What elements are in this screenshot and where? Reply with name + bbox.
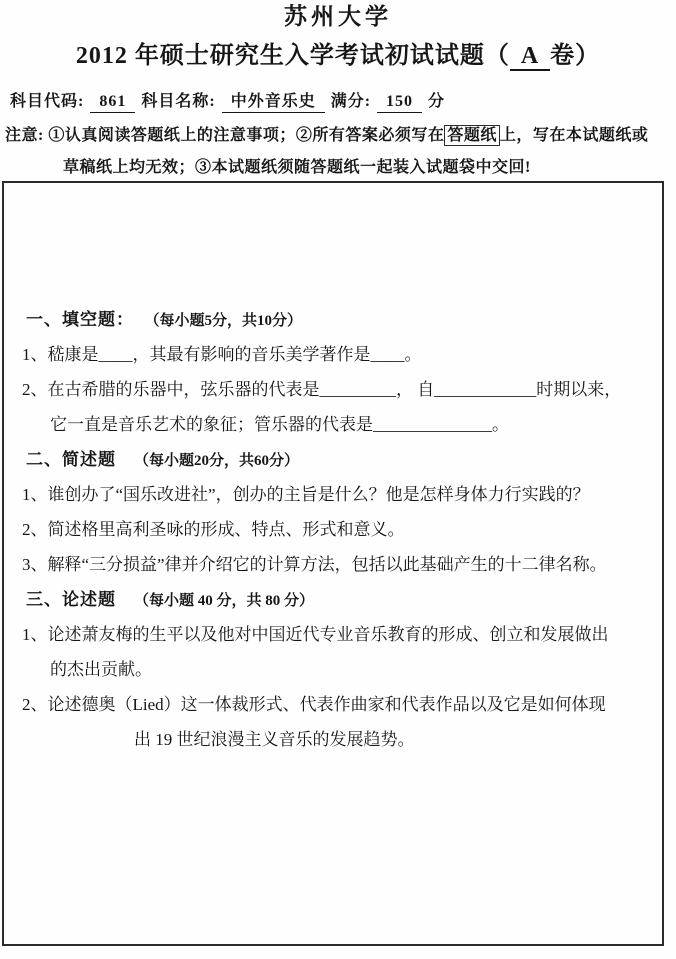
paren-close: 卷）: [550, 43, 600, 69]
notice-segment-2: 上，写在本试题纸或: [500, 127, 649, 144]
section-heading-fill-in-blanks: 一、填空题：（每小题5分，共10分）: [26, 302, 650, 337]
question-text: 1、论述萧友梅的生平以及他对中国近代专业音乐教育的形成、创立和发展做出: [22, 625, 609, 644]
question-text: 2、简述格里高利圣咏的形成、特点、形式和意义。: [22, 520, 405, 539]
question-line: 3、解释“三分损益”律并介绍它的计算方法，包括以此基础产生的十二律名称。: [22, 547, 650, 582]
section-heading-short-answer: 二、简述题（每小题20分，共60分）: [26, 442, 650, 477]
section-heading-text: 三、论述题: [26, 590, 116, 609]
notice-label: 注意:: [5, 127, 48, 144]
question-line: 1、嵇康是____，其最有影响的音乐美学著作是____。: [22, 337, 650, 372]
question-continuation-line: 出 19 世纪浪漫主义音乐的发展趋势。: [134, 722, 650, 757]
question-line: 1、谁创办了“国乐改进社”，创办的主旨是什么？他是怎样身体力行实践的？: [22, 477, 650, 512]
subject-meta-line: 科目代码:861科目名称:中外音乐史满分:150分: [10, 92, 676, 113]
section-heading-text: 一、填空题：: [26, 310, 134, 329]
full-score-label: 满分:: [331, 93, 371, 110]
question-line: 2、论述德奥（Lied）这一体裁形式、代表作曲家和代表作品以及它是如何体现: [22, 687, 650, 722]
boxed-answer-sheet-word: 答题纸: [444, 125, 500, 146]
notice-line-1: 注意: ①认真阅读答题纸上的注意事项；②所有答案必须写在答题纸上，写在本试题纸或: [5, 125, 676, 147]
subject-name-label: 科目名称:: [141, 93, 215, 110]
question-text: 出 19 世纪浪漫主义音乐的发展趋势。: [134, 730, 415, 749]
section-heading-essay: 三、论述题（每小题 40 分，共 80 分）: [26, 582, 650, 617]
question-text: 1、谁创办了“国乐改进社”，创办的主旨是什么？他是怎样身体力行实践的？: [22, 485, 590, 504]
question-text: 的杰出贡献。: [50, 660, 152, 679]
question-continuation-line: 的杰出贡献。: [50, 652, 650, 687]
paper-variant: A: [510, 43, 550, 71]
question-text: 2、论述德奥（Lied）这一体裁形式、代表作曲家和代表作品以及它是如何体现: [22, 695, 606, 714]
notice-segment-1: ①认真阅读答题纸上的注意事项；②所有答案必须写在: [48, 127, 444, 144]
question-text: 3、解释“三分损益”律并介绍它的计算方法，包括以此基础产生的十二律名称。: [22, 555, 607, 574]
question-text: 2、在古希腊的乐器中，弦乐器的代表是_________， 自__________…: [22, 380, 621, 399]
subject-code-value: 861: [90, 92, 135, 113]
question-line: 2、在古希腊的乐器中，弦乐器的代表是_________， 自__________…: [22, 372, 650, 407]
section-heading-text: 二、简述题: [26, 450, 116, 469]
question-text: 1、嵇康是____，其最有影响的音乐美学著作是____。: [22, 345, 422, 364]
question-area-border-box: 一、填空题：（每小题5分，共10分） 1、嵇康是____，其最有影响的音乐美学著…: [2, 181, 664, 946]
exam-title-line: 2012 年硕士研究生入学考试初试试题（A卷）: [0, 40, 676, 72]
section-points: （每小题5分，共10分）: [152, 313, 302, 329]
section-points: （每小题 40 分，共 80 分）: [134, 593, 314, 609]
exam-paper-page: 苏州大学 2012 年硕士研究生入学考试初试试题（A卷） 科目代码:861科目名…: [0, 0, 676, 959]
notice-line-2: 草稿纸上均无效；③本试题纸须随答题纸一起装入试题袋中交回!: [63, 157, 676, 179]
question-text: 它一直是音乐艺术的象征；管乐器的代表是______________。: [50, 415, 509, 434]
exam-title-text: 2012 年硕士研究生入学考试初试试题: [76, 43, 485, 69]
question-line: 2、简述格里高利圣咏的形成、特点、形式和意义。: [22, 512, 650, 547]
full-score-value: 150: [377, 92, 422, 113]
subject-name-value: 中外音乐史: [222, 92, 325, 113]
paren-open: （: [485, 43, 510, 69]
university-name: 苏州大学: [0, 0, 676, 31]
question-content: 一、填空题：（每小题5分，共10分） 1、嵇康是____，其最有影响的音乐美学著…: [4, 183, 662, 757]
question-continuation-line: 它一直是音乐艺术的象征；管乐器的代表是______________。: [50, 407, 650, 442]
question-line: 1、论述萧友梅的生平以及他对中国近代专业音乐教育的形成、创立和发展做出: [22, 617, 650, 652]
section-points: （每小题20分，共60分）: [134, 453, 299, 469]
notice-block: 注意: ①认真阅读答题纸上的注意事项；②所有答案必须写在答题纸上，写在本试题纸或…: [5, 125, 676, 179]
subject-code-label: 科目代码:: [10, 93, 84, 110]
score-unit: 分: [428, 93, 445, 110]
